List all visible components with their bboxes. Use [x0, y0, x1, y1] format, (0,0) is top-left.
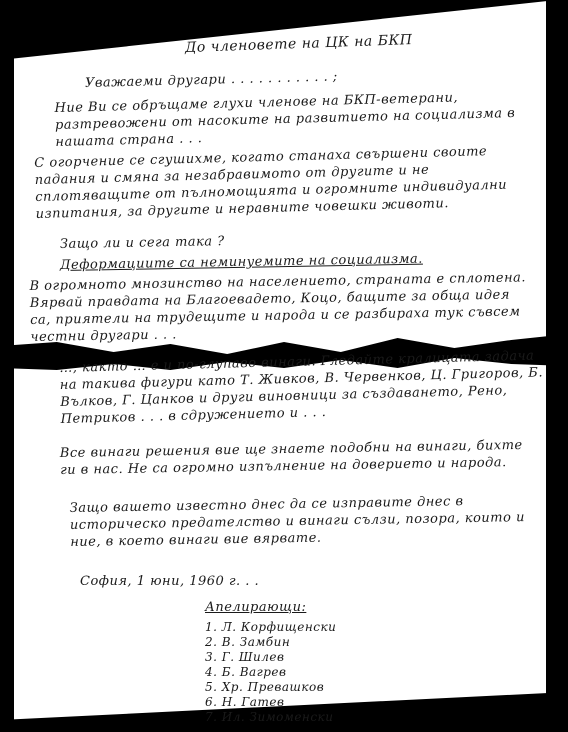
paragraph-8: Защо вашето известно днес да се изправит…	[70, 492, 541, 551]
paragraph-5: В огромното мнозинство на населението, с…	[29, 269, 530, 346]
paragraph-3: Защо ли и сега така ?	[60, 234, 225, 252]
signatory-6: 6. Н. Гатев	[205, 695, 284, 709]
paragraph-6: …, както … е и по-глупаво винаги. Гледай…	[59, 347, 551, 428]
signatory-3: 3. Г. Шилев	[205, 650, 285, 664]
signatory-7: 7. Ил. Зимоменски	[205, 710, 333, 724]
place-date: София, 1 юни, 1960 г. . .	[80, 574, 259, 589]
signatory-1: 1. Л. Корфищенски	[205, 620, 336, 634]
signatory-5: 5. Хр. Превашков	[205, 680, 324, 694]
signatory-4: 4. Б. Вагрев	[205, 665, 287, 679]
signatories-heading: Апелирающи:	[205, 600, 306, 615]
signatory-2: 2. В. Замбин	[205, 635, 290, 649]
paragraph-2: С огорчение се сгушихме, когато станаха …	[34, 142, 526, 223]
